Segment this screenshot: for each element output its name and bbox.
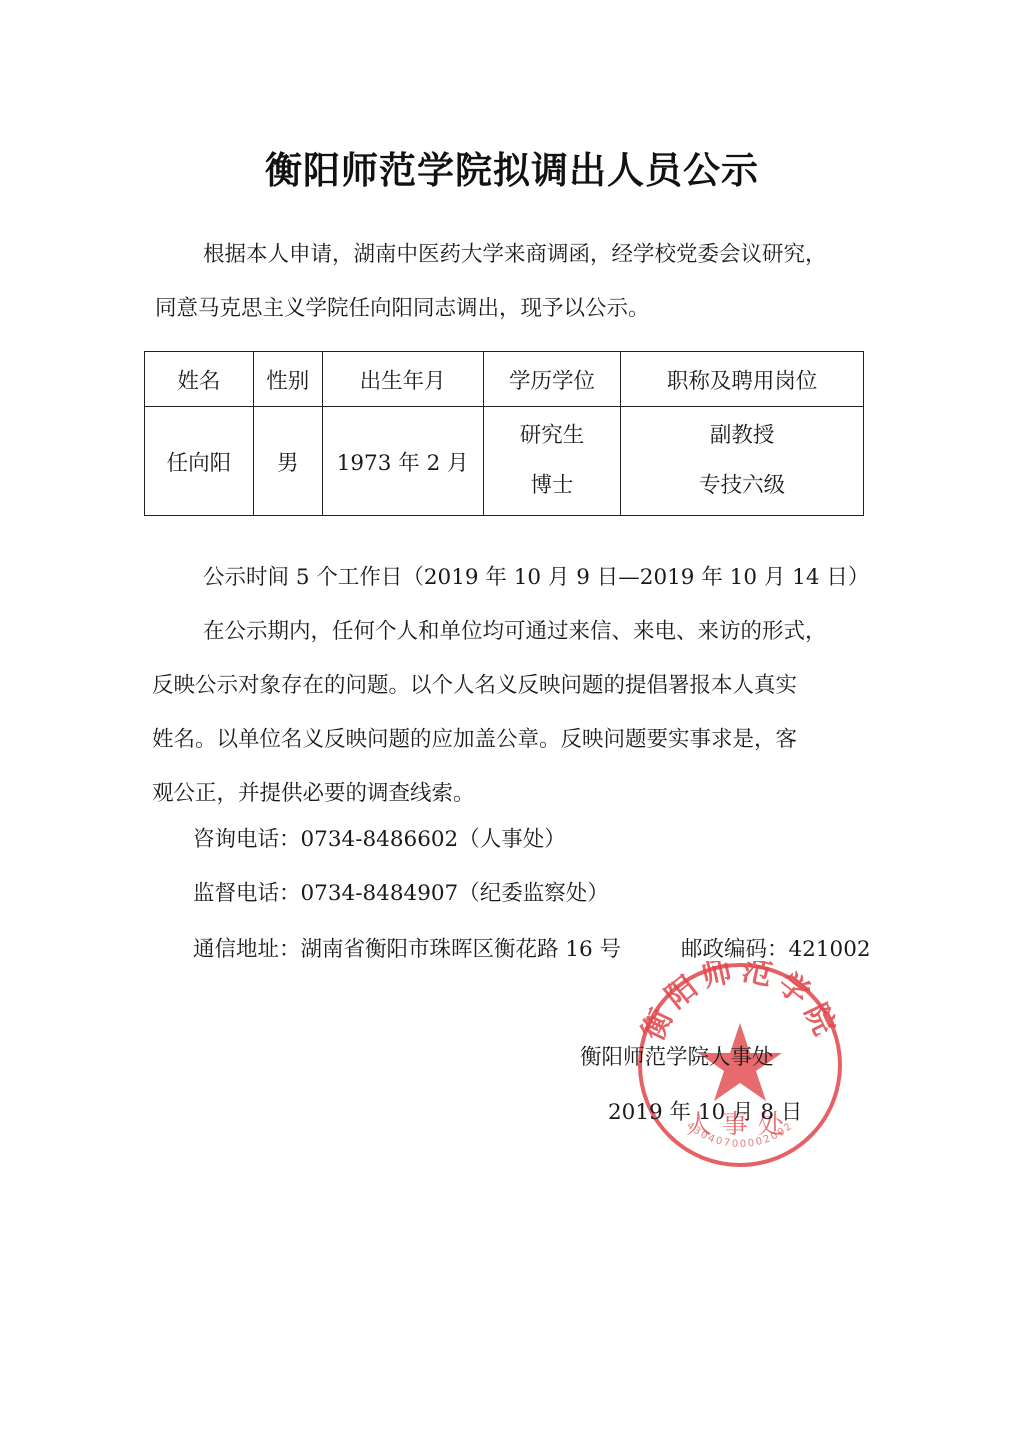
table-row: 任向阳 男 1973 年 2 月 研究生 博士 副教授 专技六级	[145, 407, 864, 516]
postal-code: 邮政编码：421002	[681, 932, 871, 963]
feedback-line-3: 姓名。以单位名义反映问题的应加盖公章。反映问题要实事求是，客	[152, 722, 797, 753]
feedback-line-4: 观公正，并提供必要的调查线索。	[152, 776, 475, 807]
table-header-row: 姓名 性别 出生年月 学历学位 职称及聘用岗位	[145, 352, 864, 407]
mailing-address: 通信地址：湖南省衡阳市珠晖区衡花路 16 号	[193, 932, 621, 963]
cell-name: 任向阳	[145, 407, 254, 516]
publicity-period: 公示时间 5 个工作日（2019 年 10 月 9 日—2019 年 10 月 …	[203, 560, 869, 591]
post-grade: 专技六级	[621, 461, 863, 511]
document-title: 衡阳师范学院拟调出人员公示	[0, 140, 1024, 194]
education-level: 研究生	[484, 411, 621, 461]
personnel-table: 姓名 性别 出生年月 学历学位 职称及聘用岗位 任向阳 男 1973 年 2 月…	[144, 351, 864, 516]
header-name: 姓名	[145, 352, 254, 407]
issue-date: 2019 年 10 月 8 日	[608, 1095, 802, 1126]
header-education: 学历学位	[483, 352, 621, 407]
cell-gender: 男	[253, 407, 322, 516]
header-title-post: 职称及聘用岗位	[621, 352, 864, 407]
issuing-department: 衡阳师范学院人事处	[580, 1040, 774, 1071]
education-degree: 博士	[484, 461, 621, 511]
supervise-phone: 监督电话：0734-8484907（纪委监察处）	[193, 876, 609, 907]
consult-phone: 咨询电话：0734-8486602（人事处）	[193, 822, 566, 853]
intro-line-1: 根据本人申请，湖南中医药大学来商调函，经学校党委会议研究，	[203, 237, 827, 268]
cell-title-post: 副教授 专技六级	[621, 407, 864, 516]
feedback-line-2: 反映公示对象存在的问题。以个人名义反映问题的提倡署报本人真实	[152, 668, 797, 699]
header-gender: 性别	[253, 352, 322, 407]
professional-title: 副教授	[621, 411, 863, 461]
intro-line-2: 同意马克思主义学院任向阳同志调出，现予以公示。	[155, 291, 650, 322]
cell-education: 研究生 博士	[483, 407, 621, 516]
header-birth: 出生年月	[322, 352, 483, 407]
cell-birth: 1973 年 2 月	[322, 407, 483, 516]
feedback-line-1: 在公示期内，任何个人和单位均可通过来信、来电、来访的形式，	[203, 614, 827, 645]
